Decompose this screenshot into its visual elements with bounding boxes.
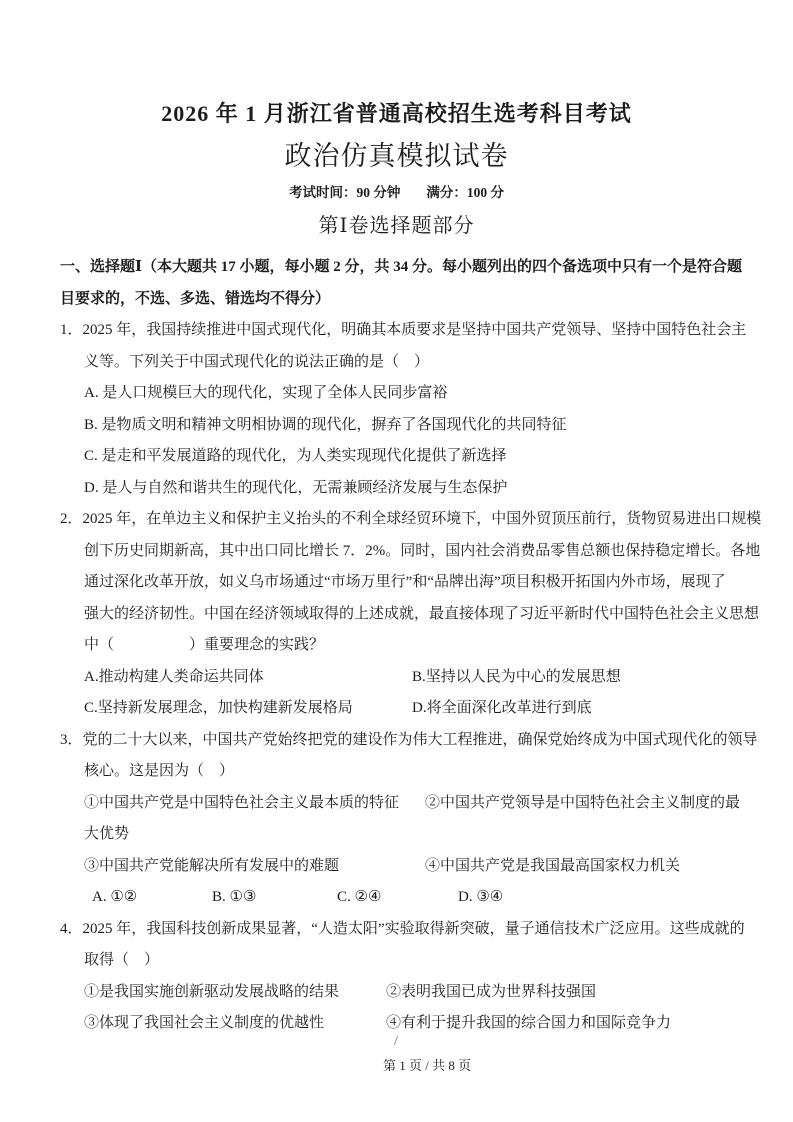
question-stem-line: 3．党的二十大以来，中国共产党始终把党的建设作为伟大工程推进，确保党始终成为中国… bbox=[60, 725, 752, 757]
page-footer: 第 1 页 / 共 8 页 bbox=[383, 1058, 471, 1074]
exam-title: 2026 年 1 月浙江省普通高校招生选考科目考试 bbox=[0, 100, 793, 128]
question-stem-line: 4．2025 年，我国科技创新成果显著，“人造太阳”实验取得新突破，量子通信技术… bbox=[60, 914, 752, 946]
option-b: B.坚持以人民为中心的发展思想 bbox=[412, 669, 621, 685]
exam-total-score: 满分：100 分 bbox=[426, 185, 504, 200]
sub-option-2: ②中国共产党领导是中国特色社会主义制度的最 bbox=[425, 795, 740, 811]
sub-option-row: ③中国共产党能解决所有发展中的难题④中国共产党是我国最高国家权力机关 bbox=[60, 851, 752, 883]
exam-info: 考试时间：90 分钟满分：100 分 bbox=[0, 184, 793, 201]
stray-slash-mark: / bbox=[394, 1034, 398, 1050]
paper-subtitle: 政治仿真模拟试卷 bbox=[0, 141, 793, 172]
sub-option-1: ①是我国实施创新驱动发展战略的结果 bbox=[84, 977, 386, 1009]
answer-choice-b: B. ①③ bbox=[212, 882, 337, 914]
sub-option-1: ①中国共产党是中国特色社会主义最本质的特征 bbox=[84, 788, 425, 820]
exam-duration: 考试时间：90 分钟 bbox=[289, 185, 400, 200]
answer-choice-c: C. ②④ bbox=[337, 882, 458, 914]
question-stem-line: 2．2025 年，在单边主义和保护主义抬头的不利全球经贸环境下，中国外贸顶压前行… bbox=[60, 504, 752, 536]
sub-option-row: ①是我国实施创新驱动发展战略的结果②表明我国已成为世界科技强国 bbox=[60, 977, 752, 1009]
paper-body: 一、选择题Ⅰ（本大题共 17 小题，每小题 2 分，共 34 分。每小题列出的四… bbox=[60, 252, 752, 1040]
question-stem-line: 1．2025 年，我国持续推进中国式现代化，明确其本质要求是坚持中国共产党领导、… bbox=[60, 315, 752, 347]
intro-line-1: 一、选择题Ⅰ（本大题共 17 小题，每小题 2 分，共 34 分。每小题列出的四… bbox=[60, 252, 752, 284]
question-stem-line: 强大的经济韧性。中国在经济领域取得的上述成就，最直接体现了习近平新时代中国特色社… bbox=[60, 599, 752, 631]
sub-option-row: ③体现了我国社会主义制度的优越性④有利于提升我国的综合国力和国际竞争力 bbox=[60, 1008, 752, 1040]
sub-option-3: ③体现了我国社会主义制度的优越性 bbox=[84, 1008, 386, 1040]
option-b: B. 是物质文明和精神文明相协调的现代化，摒弃了各国现代化的共同特征 bbox=[60, 410, 752, 442]
option-d: D. 是人与自然和谐共生的现代化，无需兼顾经济发展与生态保护 bbox=[60, 473, 752, 505]
option-c: C.坚持新发展理念，加快构建新发展格局 bbox=[84, 693, 412, 725]
sub-option-4: ④有利于提升我国的综合国力和国际竞争力 bbox=[386, 1015, 671, 1031]
option-c: C. 是走和平发展道路的现代化，为人类实现现代化提供了新选择 bbox=[60, 441, 752, 473]
option-a: A.推动构建人类命运共同体 bbox=[84, 662, 412, 694]
sub-option-2: ②表明我国已成为世界科技强国 bbox=[386, 984, 596, 1000]
section-heading: 第Ⅰ卷选择题部分 bbox=[0, 214, 793, 238]
question-stem-line: 义等。下列关于中国式现代化的说法正确的是（ ） bbox=[60, 347, 752, 379]
question-stem-line: 通过深化改革开放，如义乌市场通过“市场万里行”和“品牌出海”项目积极开拓国内外市… bbox=[60, 567, 752, 599]
sub-option-4: ④中国共产党是我国最高国家权力机关 bbox=[425, 858, 680, 874]
answer-choice-d: D. ③④ bbox=[458, 889, 503, 905]
question-stem-line: 核心。这是因为（ ） bbox=[60, 756, 752, 788]
exam-paper-page: 2026 年 1 月浙江省普通高校招生选考科目考试 政治仿真模拟试卷 考试时间：… bbox=[0, 0, 793, 1122]
sub-option-3: ③中国共产党能解决所有发展中的难题 bbox=[84, 851, 425, 883]
intro-line-2: 目要求的，不选、多选、错选均不得分） bbox=[60, 284, 752, 316]
option-row: C.坚持新发展理念，加快构建新发展格局D.将全面深化改革进行到底 bbox=[60, 693, 752, 725]
option-a: A. 是人口规模巨大的现代化，实现了全体人民同步富裕 bbox=[60, 378, 752, 410]
answer-choice-a: A. ①② bbox=[92, 882, 212, 914]
question-2: 2．2025 年，在单边主义和保护主义抬头的不利全球经贸环境下，中国外贸顶压前行… bbox=[60, 504, 752, 725]
question-4: 4．2025 年，我国科技创新成果显著，“人造太阳”实验取得新突破，量子通信技术… bbox=[60, 914, 752, 1040]
question-stem-line: 取得（ ） bbox=[60, 945, 752, 977]
sub-option-row: ①中国共产党是中国特色社会主义最本质的特征②中国共产党领导是中国特色社会主义制度… bbox=[60, 788, 752, 820]
question-1: 1．2025 年，我国持续推进中国式现代化，明确其本质要求是坚持中国共产党领导、… bbox=[60, 315, 752, 504]
option-row: A.推动构建人类命运共同体B.坚持以人民为中心的发展思想 bbox=[60, 662, 752, 694]
question-stem-line: 中（ ）重要理念的实践？ bbox=[60, 630, 752, 662]
answer-choices-row: A. ①②B. ①③C. ②④D. ③④ bbox=[60, 882, 752, 914]
option-d: D.将全面深化改革进行到底 bbox=[412, 700, 592, 716]
question-stem-line: 创下历史同期新高，其中出口同比增长 7．2%。同时，国内社会消费品零售总额也保持… bbox=[60, 536, 752, 568]
question-3: 3．党的二十大以来，中国共产党始终把党的建设作为伟大工程推进，确保党始终成为中国… bbox=[60, 725, 752, 914]
sub-option-2-continuation: 大优势 bbox=[60, 819, 752, 851]
